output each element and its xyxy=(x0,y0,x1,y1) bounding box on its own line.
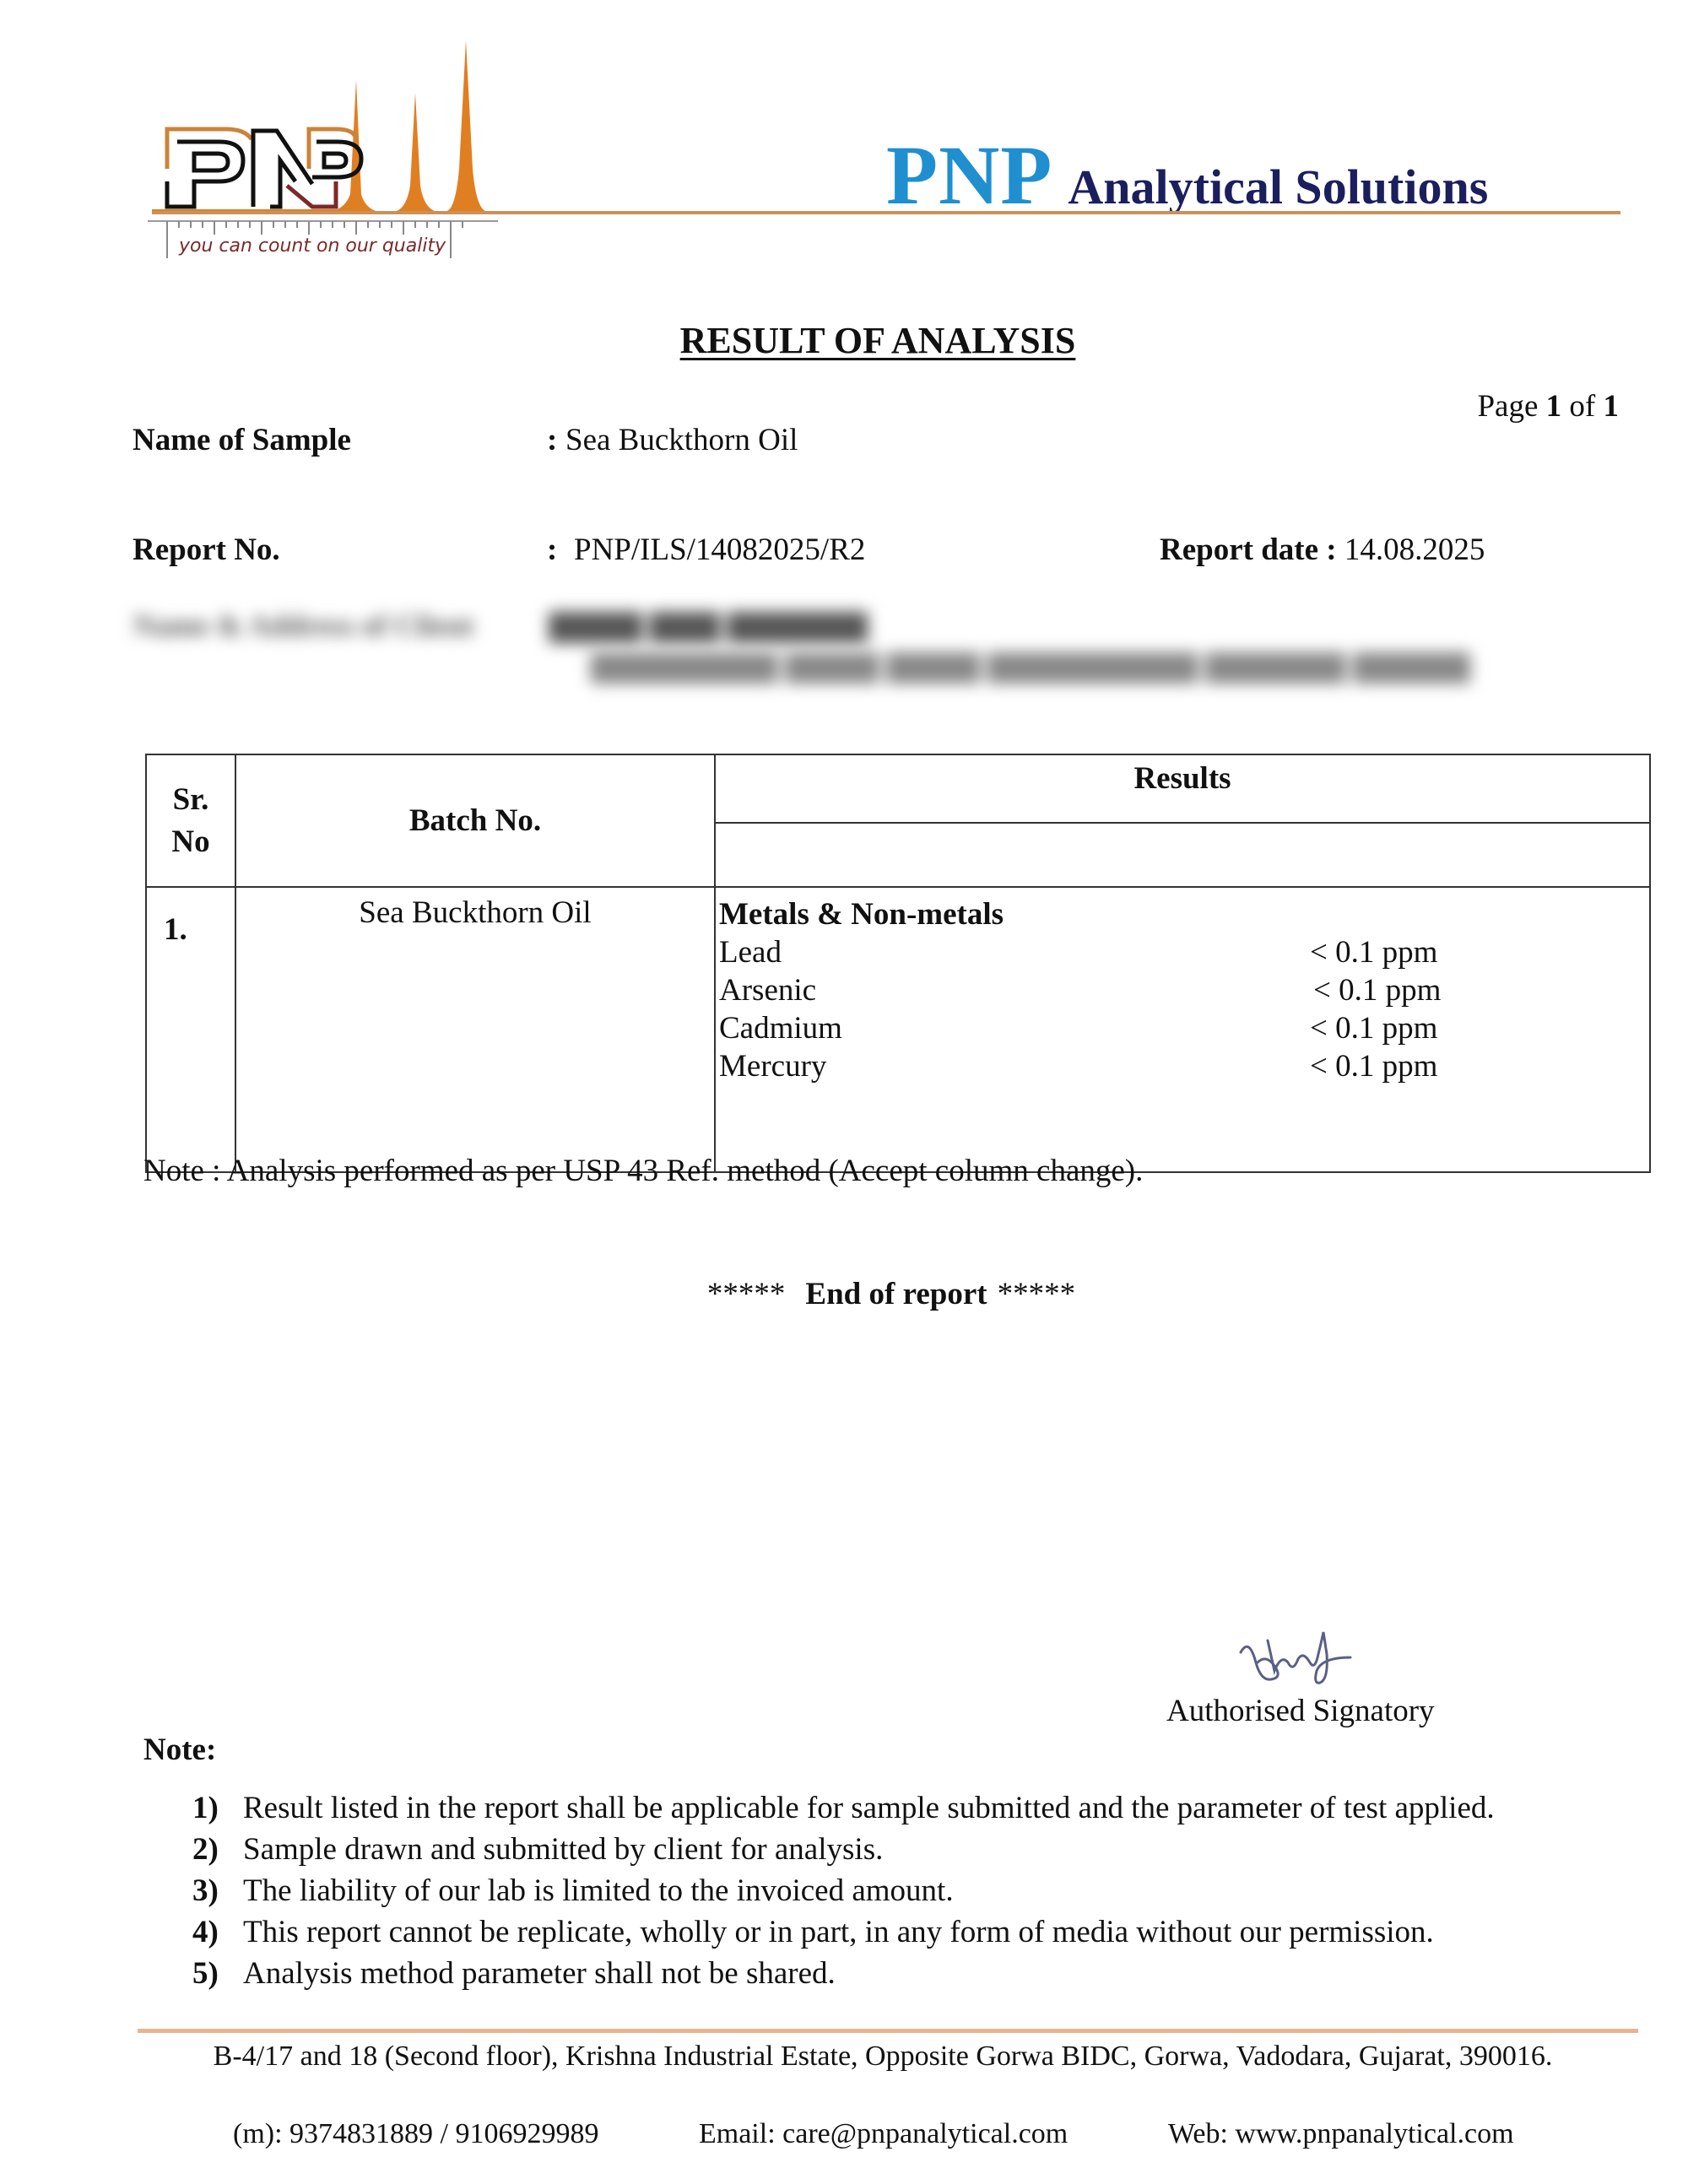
note-item: 3)The liability of our lab is limited to… xyxy=(192,1870,1495,1911)
sample-name-label: Name of Sample xyxy=(133,422,351,458)
result-value: < 0.1 ppm xyxy=(1310,933,1437,971)
sample-name-value: Sea Buckthorn Oil xyxy=(565,422,798,458)
report-no-label: Report No. xyxy=(133,532,280,568)
report-date: Report date : 14.08.2025 xyxy=(1160,532,1485,568)
colon: : xyxy=(547,532,557,568)
results-table: Sr.No Batch No. Results 1. Sea Buckthorn… xyxy=(145,754,1651,1173)
page-indicator: Page 1 of 1 xyxy=(1477,388,1619,424)
result-value: < 0.1 ppm xyxy=(1310,1047,1437,1085)
result-parameter: Cadmium xyxy=(719,1009,1310,1047)
result-line: Cadmium < 0.1 ppm xyxy=(719,1009,1649,1047)
table-header-row: Sr.No Batch No. Results xyxy=(146,754,1650,823)
header-results: Results xyxy=(715,754,1650,823)
result-value: < 0.1 ppm xyxy=(1310,971,1441,1009)
result-value: < 0.1 ppm xyxy=(1310,1009,1437,1047)
footer-address: B-4/17 and 18 (Second floor), Krishna In… xyxy=(0,2041,1688,2073)
result-parameter: Mercury xyxy=(719,1047,1310,1085)
result-category: Metals & Non-metals xyxy=(719,896,1649,933)
report-date-value: 14.08.2025 xyxy=(1344,532,1485,567)
table-row: 1. Sea Buckthorn Oil Metals & Non-metals… xyxy=(146,887,1650,1172)
footer-email[interactable]: Email: care@pnpanalytical.com xyxy=(699,2118,1068,2150)
colon: : xyxy=(547,422,557,458)
note-item: 4)This report cannot be replicate, wholl… xyxy=(192,1911,1495,1953)
footer-phone: (m): 9374831889 / 9106929989 xyxy=(233,2118,598,2150)
pnp-logo-icon: you can count on our quality xyxy=(143,34,515,270)
footer-divider xyxy=(138,2029,1638,2033)
client-address-redacted: ▇▇▇▇▇▇▇▇ ▇▇▇▇ ▇▇▇▇ ▇▇▇▇▇▇▇▇▇ ▇▇▇▇▇▇ ▇▇▇▇… xyxy=(591,648,1470,684)
cell-results: Metals & Non-metals Lead < 0.1 ppm Arsen… xyxy=(715,887,1650,1172)
header-divider xyxy=(152,211,1620,214)
header-results-sub xyxy=(715,823,1650,887)
note-item: 1)Result listed in the report shall be a… xyxy=(192,1787,1495,1829)
note-item: 5)Analysis method parameter shall not be… xyxy=(192,1953,1495,1994)
result-parameter: Lead xyxy=(719,933,1310,971)
signature-icon xyxy=(1232,1629,1367,1696)
result-line: Mercury < 0.1 ppm xyxy=(719,1047,1649,1085)
client-label-redacted: Name & Address of Client xyxy=(133,608,473,643)
footer-website[interactable]: Web: www.pnpanalytical.com xyxy=(1168,2118,1514,2150)
report-date-label: Report date : xyxy=(1160,532,1337,567)
client-name-redacted: ▇▇▇▇ ▇▇▇ ▇▇▇▇▇▇ xyxy=(549,608,869,643)
end-of-report: *****End of report***** xyxy=(0,1276,1688,1312)
method-note: Note : Analysis performed as per USP 43 … xyxy=(143,1153,1143,1189)
note-item: 2)Sample drawn and submitted by client f… xyxy=(192,1829,1495,1870)
cell-batch-no: Sea Buckthorn Oil xyxy=(235,887,715,1172)
cell-sr-no: 1. xyxy=(146,887,235,1172)
notes-title: Note: xyxy=(143,1732,216,1768)
result-line: Arsenic < 0.1 ppm xyxy=(719,971,1649,1009)
result-parameter: Arsenic xyxy=(719,971,1310,1009)
header-sr-no: Sr.No xyxy=(146,754,235,887)
authorised-signatory: Authorised Signatory xyxy=(1166,1693,1435,1729)
svg-text:you can count on our quality: you can count on our quality xyxy=(178,235,446,257)
report-no-value: PNP/ILS/14082025/R2 xyxy=(574,532,865,568)
report-title: RESULT OF ANALYSIS xyxy=(0,319,1688,362)
notes-list: 1)Result listed in the report shall be a… xyxy=(192,1787,1495,1994)
brand-analytical-solutions: Analytical Solutions xyxy=(1068,159,1488,214)
result-line: Lead < 0.1 ppm xyxy=(719,933,1649,971)
brand-pnp: PNP xyxy=(886,128,1052,222)
brand-name: PNPAnalytical Solutions xyxy=(886,127,1488,224)
header-batch-no: Batch No. xyxy=(235,754,715,887)
